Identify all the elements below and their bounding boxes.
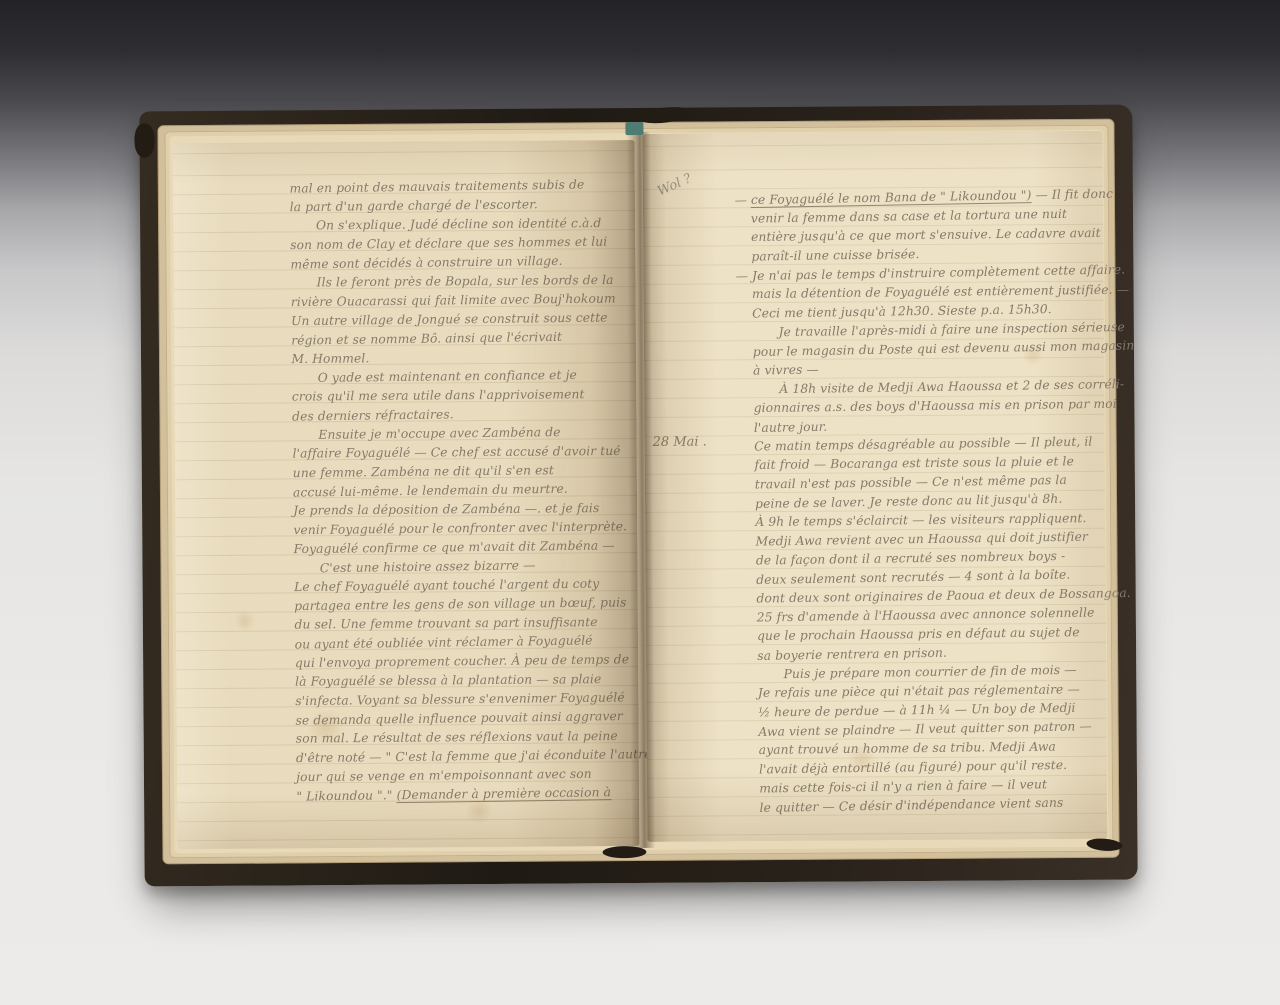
right-page: Wol ? 28 Mai . — ce Foyaguélé le nom Ban… [642,131,1107,842]
underlined-phrase: ce Foyaguélé le nom Bana de " Likoundou … [751,188,1032,208]
manuscript-line: l'affaire Foyaguélé — Ce chef est accusé… [292,442,632,464]
frayed-corner-left [134,123,154,157]
manuscript-line: fait froid — Bocaranga est triste sous l… [754,452,1102,475]
manuscript-line: là Foyaguélé se blessa à la plantation —… [295,670,635,692]
left-page: mal en point des mauvais traitements sub… [173,140,640,849]
margin-date-note: 28 Mai . [653,435,707,450]
pencil-annotation: Wol ? [655,171,694,199]
manuscript-line: ayant trouvé un homme de sa tribu. Medji… [759,737,1107,760]
manuscript-line: Je refais une pièce qui n'était pas régl… [758,680,1106,703]
manuscript-line: À 9h le temps s'éclaircit — les visiteur… [755,509,1103,532]
manuscript-line: On s'explique. Judé décline son identité… [290,214,630,236]
manuscript-line: son mal. Le résultat de ses réflexions v… [296,727,636,749]
left-page-text: mal en point des mauvais traitements sub… [289,175,636,806]
manuscript-line: Ils le feront près de Bopala, sur les bo… [291,271,631,293]
underlined-phrase: (Demander à première occasion à [397,785,612,803]
right-page-text: — ce Foyaguélé le nom Bana de " Likoundo… [750,185,1107,817]
photo-scene: mal en point des mauvais traitements sub… [0,0,1280,1005]
spine-headband [625,122,643,135]
manuscript-line: Je prends la déposition de Zambéna —. et… [293,499,633,521]
manuscript-line: mais la détention de Foyaguélé est entiè… [752,281,1100,304]
manuscript-line: " Likoundou "." (Demander à première occ… [296,783,636,807]
manuscript-line: entière jusqu'à ce que mort s'ensuive. L… [751,224,1099,247]
open-journal: mal en point des mauvais traitements sub… [139,105,1137,887]
